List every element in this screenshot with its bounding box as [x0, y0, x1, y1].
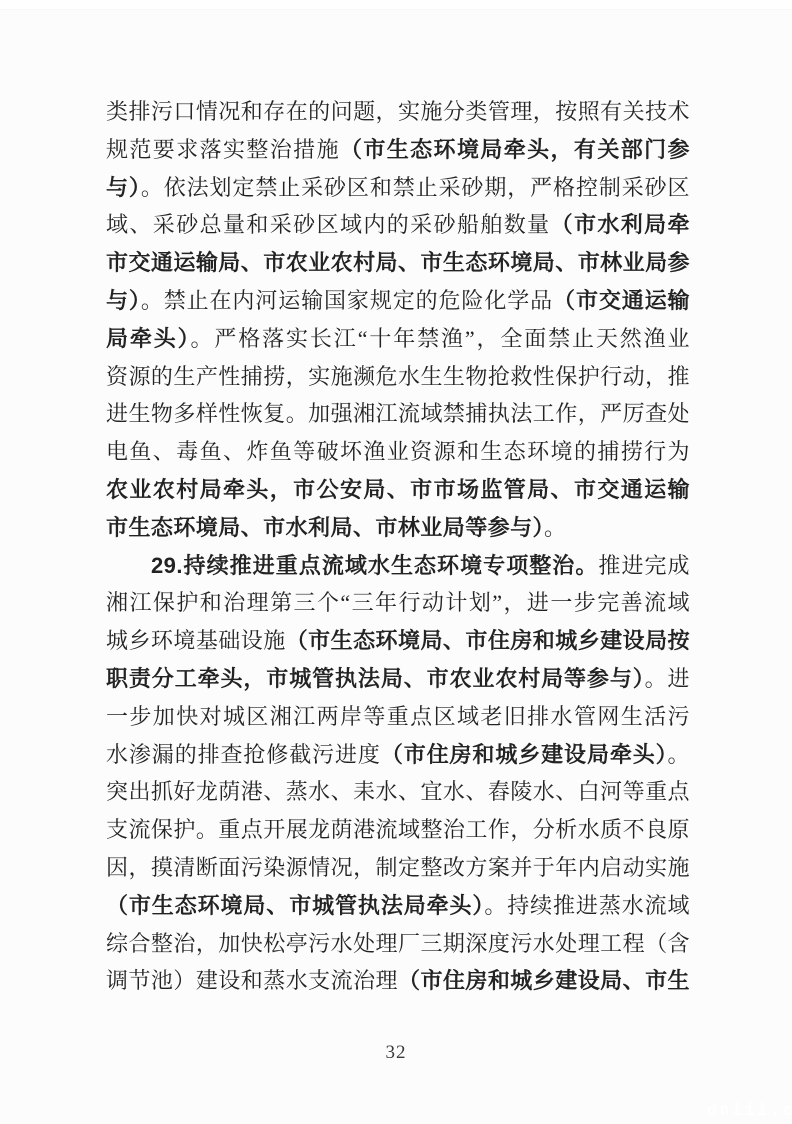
text-line: 资源的生产性捕捞，实施濒危水生生物抢救性保护行动，推 — [106, 358, 690, 396]
text-segment: 。 — [544, 515, 566, 540]
text-segment: 。 — [668, 742, 690, 767]
bold-text-segment: （市住房和城乡建设局、市生 — [398, 968, 690, 993]
text-line: 规范要求落实整治措施（市生态环境局牵头，有关部门参 — [106, 131, 690, 169]
text-line: 局牵头）。严格落实长江“十年禁渔”，全面禁止天然渔业 — [106, 320, 690, 358]
text-segment: 突出抓好龙荫港、蒸水、耒水、宜水、舂陵水、白河等重点 — [106, 779, 690, 804]
text-line: 与）。禁止在内河运输国家规定的危险化学品（市交通运输 — [106, 282, 690, 320]
text-line: 29.持续推进重点流域水生态环境专项整治。推进完成 — [106, 547, 690, 585]
text-line: 进生物多样性恢复。加强湘江流域禁捕执法工作，严厉查处 — [106, 395, 690, 433]
text-line: 农业农村局牵头，市公安局、市市场监管局、市交通运输局、 — [106, 471, 690, 509]
bold-text-segment: 与） — [106, 175, 141, 200]
text-segment: 。严格落实长江“十年禁渔”，全面禁止天然渔业 — [191, 326, 690, 351]
text-segment: 。依法划定禁止采砂区和禁止采砂期，严格控制采砂区 — [141, 175, 690, 200]
bold-text-segment: 市交通运输局、市农业农村局、市生态环境局、市林业局参 — [106, 250, 690, 275]
text-line: 一步加快对城区湘江两岸等重点区域老旧排水管网生活污 — [106, 698, 690, 736]
text-line: 调节池）建设和蒸水支流治理（市住房和城乡建设局、市生 — [106, 962, 690, 1000]
scan-top-edge — [0, 0, 792, 10]
page-number: 32 — [0, 1042, 792, 1064]
text-segment: 支流保护。重点开展龙荫港流域整治工作，分析水质不良原 — [106, 817, 690, 842]
bold-text-segment: （市生态环境局、市住房和城乡建设局按 — [286, 628, 690, 653]
text-segment: 进生物多样性恢复。加强湘江流域禁捕执法工作，严厉查处 — [106, 401, 690, 426]
bold-text-segment: 29.持续推进重点流域水生态环境专项整治。 — [151, 553, 598, 578]
text-line: 水渗漏的排查抢修截污进度（市住房和城乡建设局牵头）。 — [106, 736, 690, 774]
watermark-text: dniii.co — [707, 1100, 792, 1119]
bold-text-segment: （市交通运输 — [553, 288, 690, 313]
text-segment: 电鱼、毒鱼、炸鱼等破坏渔业资源和生态环境的捕捞行为 — [106, 439, 690, 464]
text-line: 电鱼、毒鱼、炸鱼等破坏渔业资源和生态环境的捕捞行为（市 — [106, 433, 690, 471]
text-segment: 一步加快对城区湘江两岸等重点区域老旧排水管网生活污 — [106, 704, 690, 729]
text-line: 突出抓好龙荫港、蒸水、耒水、宜水、舂陵水、白河等重点 — [106, 773, 690, 811]
document-page: 类排污口情况和存在的问题，实施分类管理，按照有关技术规范要求落实整治措施（市生态… — [0, 0, 792, 1124]
bold-text-segment: 职责分工牵头，市城管执法局、市农业农村局等参与） — [106, 666, 645, 691]
text-segment: 城乡环境基础设施 — [106, 628, 286, 653]
text-line: （市生态环境局、市城管执法局牵头）。持续推进蒸水流域 — [106, 887, 690, 925]
text-line: 职责分工牵头，市城管执法局、市农业农村局等参与）。进 — [106, 660, 690, 698]
text-segment: 。持续推进蒸水流域 — [484, 893, 690, 918]
text-segment: 。进 — [645, 666, 690, 691]
text-line: 市生态环境局、市水利局、市林业局等参与）。 — [106, 509, 690, 547]
bold-text-segment: （市住房和城乡建设局牵头） — [381, 742, 668, 767]
text-segment: 因，摸清断面污染源情况，制定整改方案并于年内启动实施 — [106, 855, 690, 880]
text-line: 城乡环境基础设施（市生态环境局、市住房和城乡建设局按 — [106, 622, 690, 660]
text-line: 域、采砂总量和采砂区域内的采砂船舶数量（市水利局牵头， — [106, 206, 690, 244]
document-body: 类排污口情况和存在的问题，实施分类管理，按照有关技术规范要求落实整治措施（市生态… — [106, 93, 690, 1000]
text-segment: 综合整治，加快松亭污水处理厂三期深度污水处理工程（含 — [106, 931, 690, 956]
text-segment: 规范要求落实整治措施 — [106, 137, 340, 162]
text-segment: 。禁止在内河运输国家规定的危险化学品 — [141, 288, 553, 313]
text-line: 综合整治，加快松亭污水处理厂三期深度污水处理工程（含 — [106, 925, 690, 963]
text-segment: 资源的生产性捕捞，实施濒危水生生物抢救性保护行动，推 — [106, 364, 690, 389]
text-segment: 类排污口情况和存在的问题，实施分类管理，按照有关技术 — [106, 99, 690, 124]
text-line: 类排污口情况和存在的问题，实施分类管理，按照有关技术 — [106, 93, 690, 131]
text-line: 湘江保护和治理第三个“三年行动计划”，进一步完善流域 — [106, 584, 690, 622]
text-segment: 水渗漏的排查抢修截污进度 — [106, 742, 381, 767]
bold-text-segment: 与） — [106, 288, 141, 313]
text-line: 因，摸清断面污染源情况，制定整改方案并于年内启动实施 — [106, 849, 690, 887]
text-line: 市交通运输局、市农业农村局、市生态环境局、市林业局参 — [106, 244, 690, 282]
text-segment: 调节池）建设和蒸水支流治理 — [106, 968, 398, 993]
bold-text-segment: （市生态环境局、市城管执法局牵头） — [106, 893, 484, 918]
text-segment: 推进完成 — [598, 553, 690, 578]
bold-text-segment: 局牵头） — [106, 326, 191, 351]
text-line: 与）。依法划定禁止采砂区和禁止采砂期，严格控制采砂区 — [106, 169, 690, 207]
bold-text-segment: （市生态环境局牵头，有关部门参 — [340, 137, 690, 162]
text-segment: 域、采砂总量和采砂区域内的采砂船舶数量 — [106, 212, 551, 237]
bold-text-segment: 农业农村局牵头，市公安局、市市场监管局、市交通运输局、 — [106, 477, 690, 509]
bold-text-segment: 市生态环境局、市水利局、市林业局等参与） — [106, 515, 544, 540]
text-segment: 湘江保护和治理第三个“三年行动计划”，进一步完善流域 — [106, 590, 690, 615]
text-line: 支流保护。重点开展龙荫港流域整治工作，分析水质不良原 — [106, 811, 690, 849]
